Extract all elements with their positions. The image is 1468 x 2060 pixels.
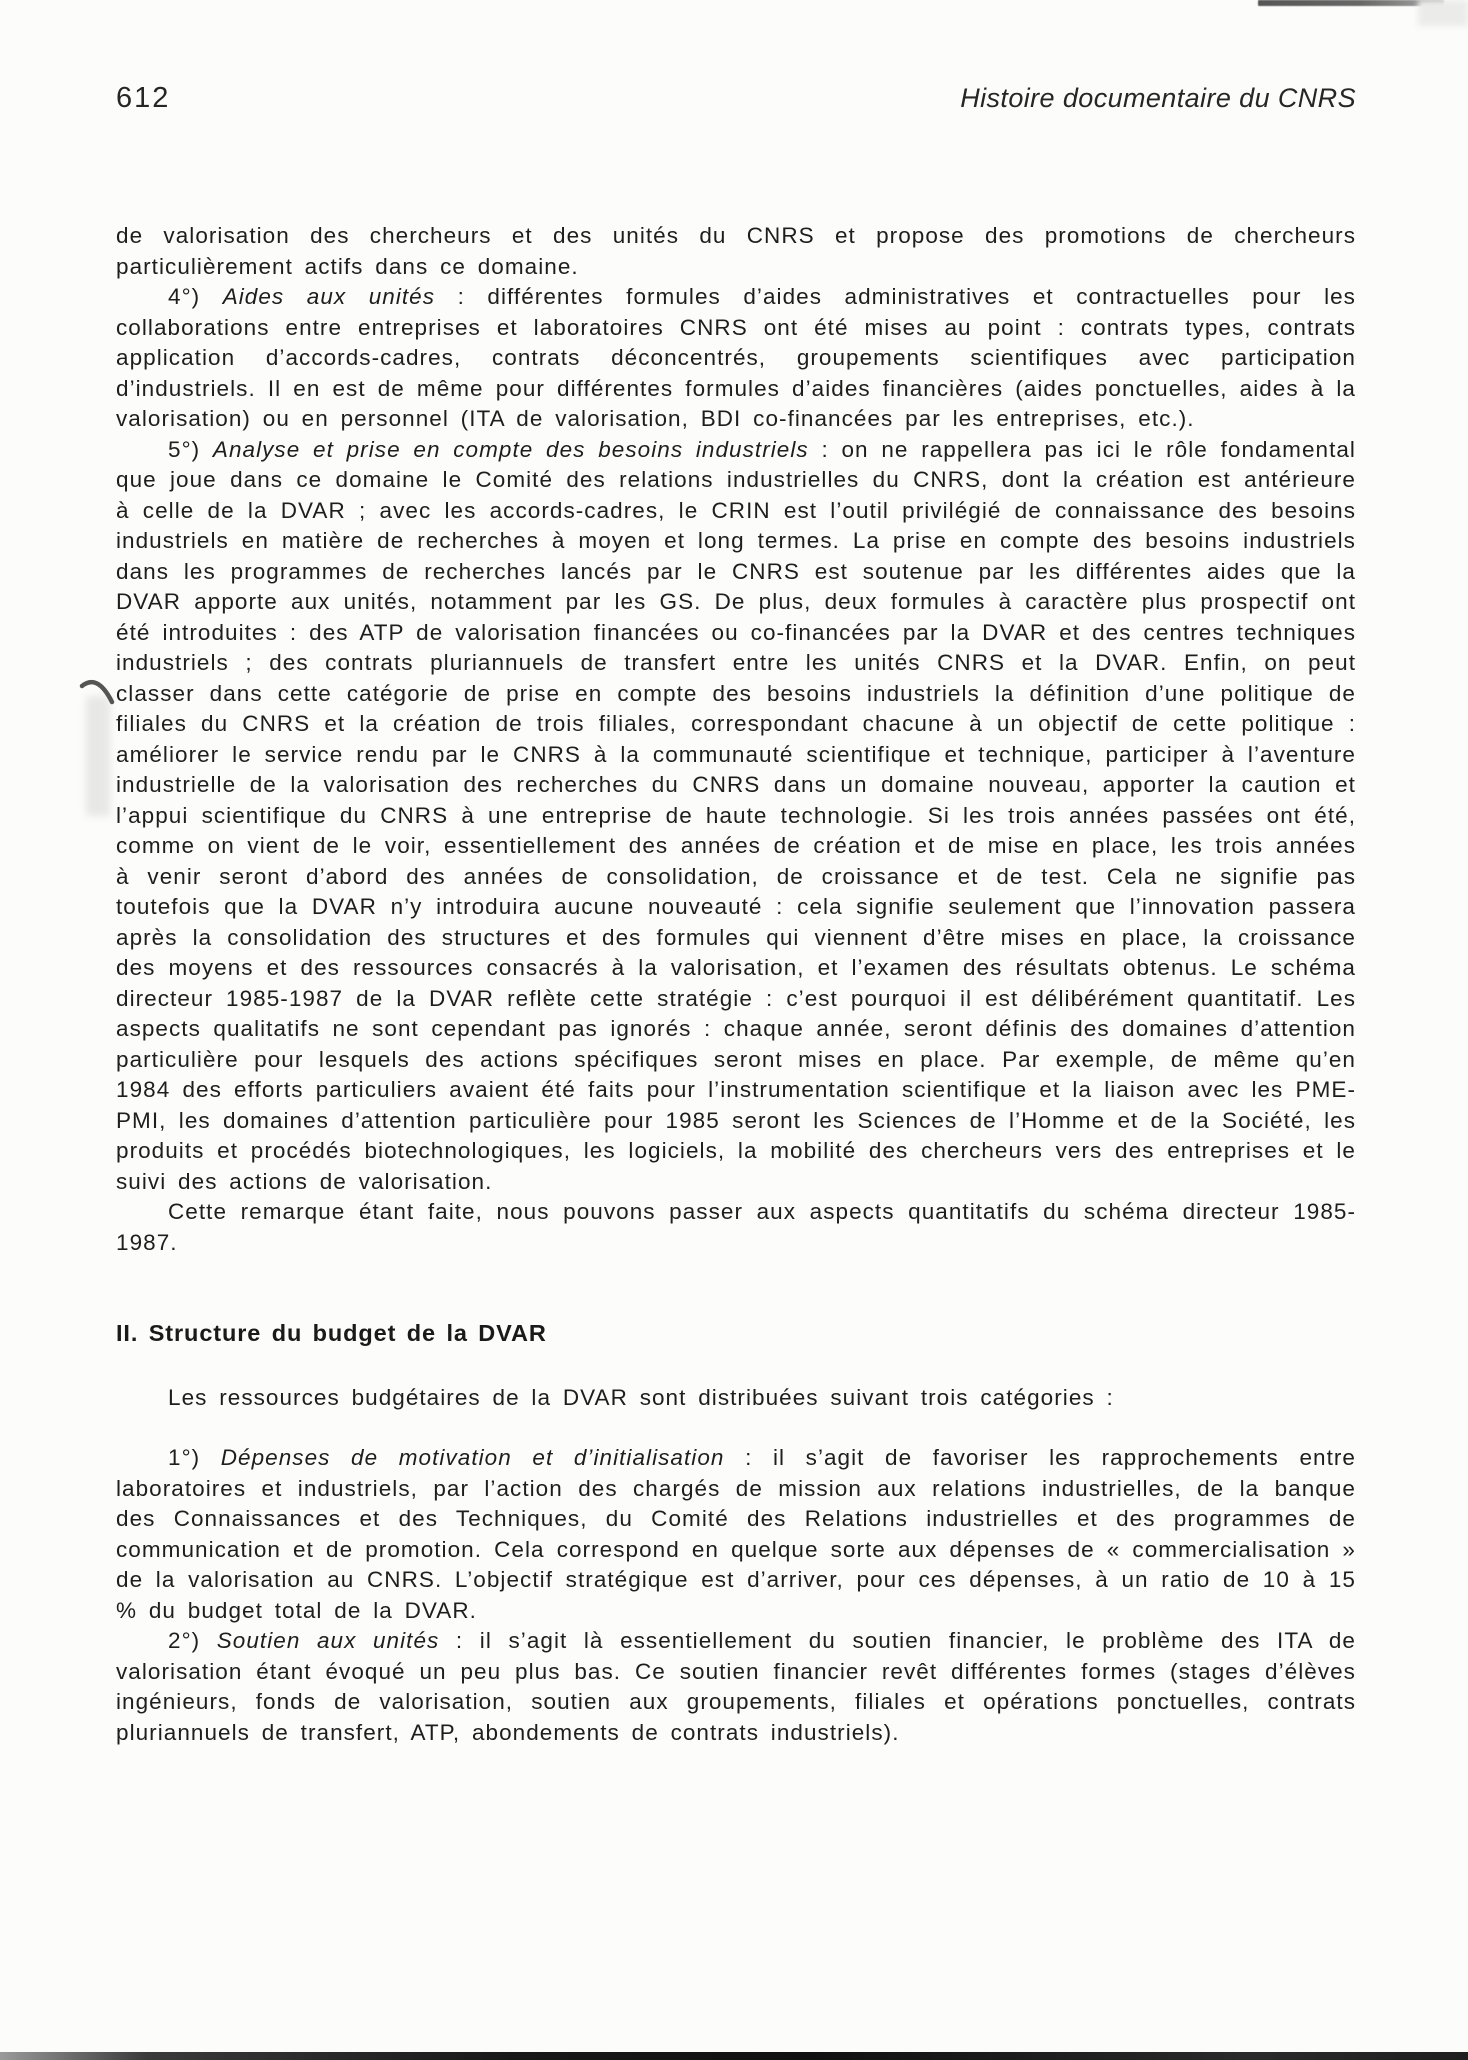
paragraph: Cette remarque étant faite, nous pouvons… xyxy=(116,1197,1356,1258)
paragraph: de valorisation des chercheurs et des un… xyxy=(116,221,1356,282)
text-run: 4°) xyxy=(168,284,223,309)
paragraph: 1°) Dépenses de motivation et d’initiali… xyxy=(116,1443,1356,1626)
italic-run: Analyse et prise en compte des besoins i… xyxy=(213,437,809,462)
text-run: 1°) xyxy=(168,1445,221,1470)
text-run: : il s’agit de favoriser les rapprocheme… xyxy=(116,1445,1356,1623)
italic-run: Soutien aux unités xyxy=(217,1628,440,1653)
text-run: de valorisation des chercheurs et des un… xyxy=(116,223,1356,279)
page-number: 612 xyxy=(116,82,170,115)
text-run: Cette remarque étant faite, nous pouvons… xyxy=(116,1199,1356,1255)
text-run: 2°) xyxy=(168,1628,217,1653)
document-body: de valorisation des chercheurs et des un… xyxy=(116,221,1356,1748)
paragraph: Les ressources budgétaires de la DVAR so… xyxy=(116,1383,1356,1414)
running-head-title: Histoire documentaire du CNRS xyxy=(960,83,1356,114)
page-header: 612 Histoire documentaire du CNRS xyxy=(116,82,1356,115)
text-run: : on ne rappellera pas ici le rôle fonda… xyxy=(116,437,1356,1194)
scan-corner-smudge xyxy=(1418,0,1468,26)
italic-run: Aides aux unités xyxy=(223,284,435,309)
italic-run: Dépenses de motivation et d’initialisati… xyxy=(221,1445,725,1470)
margin-smudge xyxy=(86,696,110,816)
text-run: 5°) xyxy=(168,437,213,462)
paragraph: 2°) Soutien aux unités : il s’agit là es… xyxy=(116,1626,1356,1748)
paragraph: 5°) Analyse et prise en compte des besoi… xyxy=(116,435,1356,1198)
scan-streak-artifact xyxy=(1258,0,1444,6)
text-run: Les ressources budgétaires de la DVAR so… xyxy=(168,1385,1114,1410)
section-heading: II. Structure du budget de la DVAR xyxy=(116,1318,1356,1349)
paragraph: 4°) Aides aux unités : différentes formu… xyxy=(116,282,1356,435)
scan-bottom-edge-artifact xyxy=(0,2052,1468,2060)
